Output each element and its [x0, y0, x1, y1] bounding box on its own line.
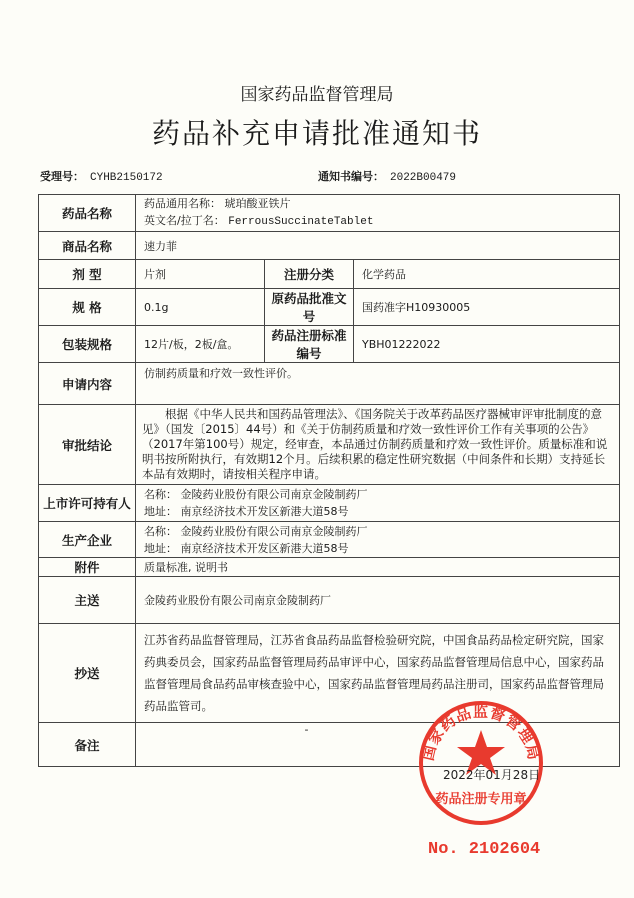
- acceptance-value: CYHB2150172: [90, 172, 163, 184]
- seal-bottom-text: 药品注册专用章: [435, 791, 526, 807]
- row-attachments: 附件 质量标准, 说明书: [39, 558, 620, 577]
- packaging-label: 包装规格: [39, 326, 136, 363]
- mah-name-value: 金陵药业股份有限公司南京金陵制药厂: [181, 488, 368, 501]
- acceptance-label: 受理号：: [40, 170, 84, 183]
- conclusion-label: 审批结论: [39, 405, 136, 485]
- serial-number: No. 2102604: [428, 840, 540, 859]
- reg-category-label: 注册分类: [265, 260, 354, 289]
- notice-label: 通知书编号：: [318, 170, 384, 183]
- mah-cell: 名称： 金陵药业股份有限公司南京金陵制药厂 地址： 南京经济技术开发区新港大道5…: [136, 485, 620, 522]
- official-seal: 国家药品监督管理局 药品注册专用章: [418, 700, 544, 826]
- attachments-value: 质量标准, 说明书: [136, 558, 620, 577]
- std-no-value: YBH01222022: [354, 326, 620, 363]
- spec-value: 0.1g: [136, 289, 265, 326]
- send-to-value: 金陵药业股份有限公司南京金陵制药厂: [136, 577, 620, 624]
- english-name-value: FerrousSuccinateTablet: [228, 216, 373, 228]
- notice-value: 2022B00479: [390, 172, 456, 184]
- manufacturer-name-label: 名称：: [144, 525, 177, 538]
- mah-name-label: 名称：: [144, 488, 177, 501]
- row-conclusion: 审批结论 根据《中华人民共和国药品管理法》、《国务院关于改革药品医疗器械审评审批…: [39, 405, 620, 485]
- row-application: 申请内容 仿制药质量和疗效一致性评价。: [39, 363, 620, 405]
- reg-category-value: 化学药品: [354, 260, 620, 289]
- orig-approval-label: 原药品批准文号: [265, 289, 354, 326]
- mah-addr-label: 地址：: [144, 505, 177, 518]
- manufacturer-label: 生产企业: [39, 522, 136, 558]
- english-name-label: 英文名/拉丁名：: [144, 214, 225, 227]
- row-send-to: 主送 金陵药业股份有限公司南京金陵制药厂: [39, 577, 620, 624]
- row-drug-name: 药品名称 药品通用名称： 琥珀酸亚铁片 英文名/拉丁名： FerrousSucc…: [39, 195, 620, 232]
- manufacturer-addr-label: 地址：: [144, 542, 177, 555]
- orig-approval-value: 国药准字H10930005: [354, 289, 620, 326]
- acceptance-number: 受理号：CYHB2150172: [40, 168, 163, 184]
- row-mah: 上市许可持有人 名称： 金陵药业股份有限公司南京金陵制药厂 地址： 南京经济技术…: [39, 485, 620, 522]
- std-no-label: 药品注册标准编号: [265, 326, 354, 363]
- remarks-label: 备注: [39, 723, 136, 767]
- packaging-value: 12片/板，2板/盒。: [136, 326, 265, 363]
- generic-name-label: 药品通用名称：: [144, 197, 221, 210]
- row-dosage-form: 剂 型 片剂 注册分类 化学药品: [39, 260, 620, 289]
- manufacturer-addr-value: 南京经济技术开发区新港大道58号: [181, 542, 349, 555]
- trade-name-value: 速力菲: [136, 232, 620, 260]
- notice-number: 通知书编号：2022B00479: [318, 168, 456, 184]
- row-trade-name: 商品名称 速力菲: [39, 232, 620, 260]
- attachments-label: 附件: [39, 558, 136, 577]
- send-to-label: 主送: [39, 577, 136, 624]
- row-spec: 规 格 0.1g 原药品批准文号 国药准字H10930005: [39, 289, 620, 326]
- remarks-value: -: [136, 723, 620, 767]
- generic-name-value: 琥珀酸亚铁片: [225, 197, 291, 210]
- mah-label: 上市许可持有人: [39, 485, 136, 522]
- approval-table: 药品名称 药品通用名称： 琥珀酸亚铁片 英文名/拉丁名： FerrousSucc…: [38, 194, 620, 767]
- manufacturer-name-value: 金陵药业股份有限公司南京金陵制药厂: [181, 525, 368, 538]
- application-label: 申请内容: [39, 363, 136, 405]
- document-title: 药品补充申请批准通知书: [0, 112, 634, 152]
- cc-value: 江苏省药品监督管理局，江苏省食品药品监督检验研究院，中国食品药品检定研究院，国家…: [136, 624, 620, 723]
- application-value: 仿制药质量和疗效一致性评价。: [136, 363, 620, 405]
- spec-label: 规 格: [39, 289, 136, 326]
- mah-addr-value: 南京经济技术开发区新港大道58号: [181, 505, 349, 518]
- issue-date: 2022年01月28日: [443, 766, 540, 783]
- conclusion-value: 根据《中华人民共和国药品管理法》、《国务院关于改革药品医疗器械审评审批制度的意见…: [136, 405, 620, 485]
- dosage-form-value: 片剂: [136, 260, 265, 289]
- row-packaging: 包装规格 12片/板，2板/盒。 药品注册标准编号 YBH01222022: [39, 326, 620, 363]
- agency-name: 国家药品监督管理局: [0, 80, 634, 105]
- drug-name-label: 药品名称: [39, 195, 136, 232]
- cc-label: 抄送: [39, 624, 136, 723]
- row-manufacturer: 生产企业 名称： 金陵药业股份有限公司南京金陵制药厂 地址： 南京经济技术开发区…: [39, 522, 620, 558]
- trade-name-label: 商品名称: [39, 232, 136, 260]
- drug-name-cell: 药品通用名称： 琥珀酸亚铁片 英文名/拉丁名： FerrousSuccinate…: [136, 195, 620, 232]
- dosage-form-label: 剂 型: [39, 260, 136, 289]
- manufacturer-cell: 名称： 金陵药业股份有限公司南京金陵制药厂 地址： 南京经济技术开发区新港大道5…: [136, 522, 620, 558]
